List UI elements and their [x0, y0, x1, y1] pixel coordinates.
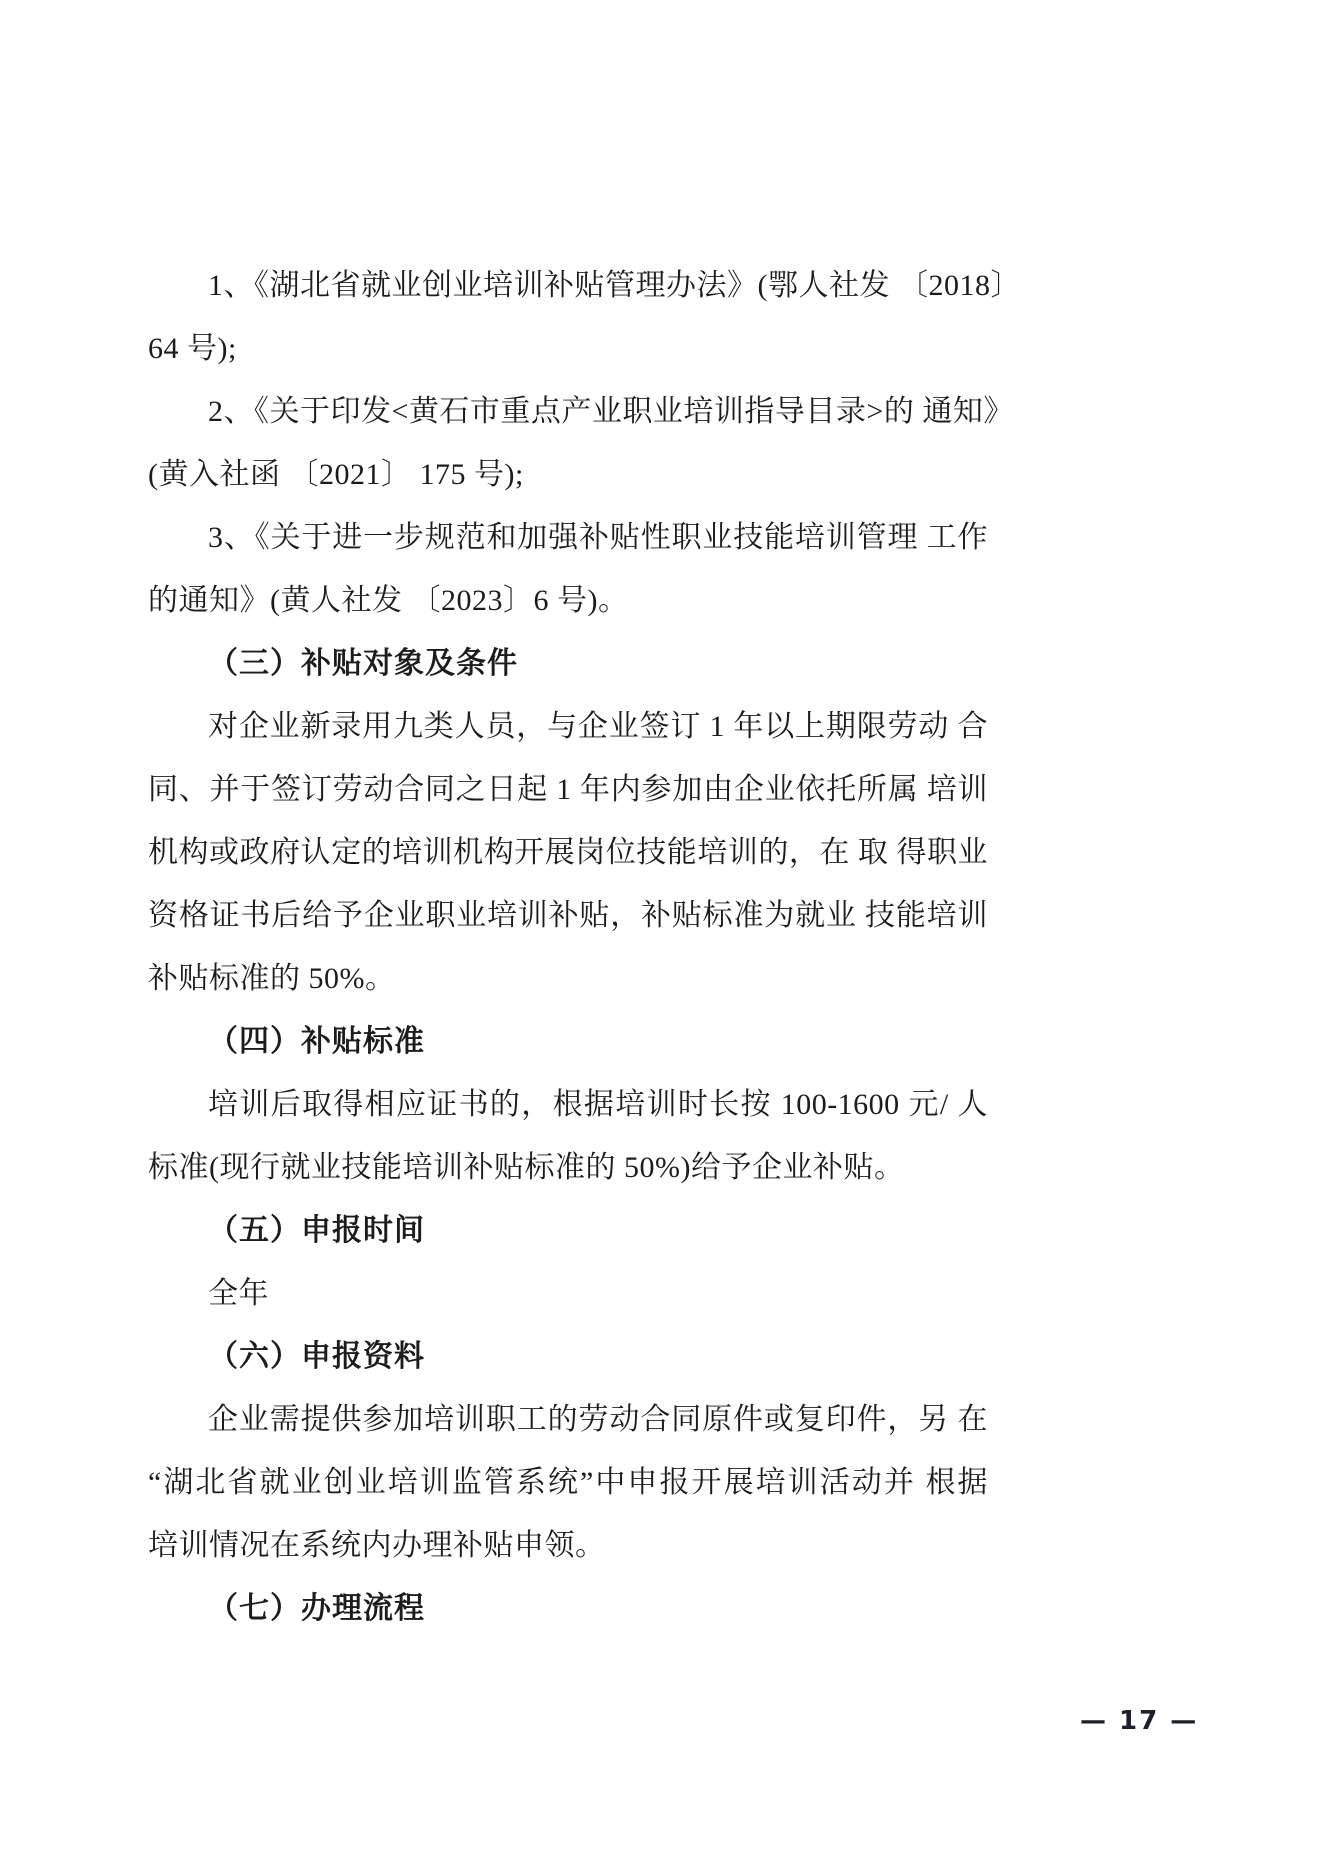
- section-heading: （六）申报资料: [148, 1325, 988, 1388]
- text-line: (黄入社函 〔2021〕 175 号);: [148, 443, 988, 506]
- text-line: 全年: [148, 1262, 988, 1325]
- text-line: 机构或政府认定的培训机构开展岗位技能培训的，在 取 得职业: [148, 821, 988, 884]
- page-number: — 17 —: [1080, 1706, 1198, 1736]
- text-line: 的通知》(黄人社发 〔2023〕6 号)。: [148, 569, 988, 632]
- section-heading: （三）补贴对象及条件: [148, 632, 988, 695]
- text-line: 对企业新录用九类人员，与企业签订 1 年以上期限劳动 合: [148, 695, 988, 758]
- text-line: 补贴标准的 50%。: [148, 947, 988, 1010]
- section-heading: （四）补贴标准: [148, 1010, 988, 1073]
- text-line: “湖北省就业创业培训监管系统”中申报开展培训活动并 根据: [148, 1451, 988, 1514]
- section-heading: （七）办理流程: [148, 1577, 988, 1640]
- text-line: 2、《关于印发<黄石市重点产业职业培训指导目录>的 通知》: [148, 380, 988, 443]
- text-line: 培训情况在系统内办理补贴申领。: [148, 1514, 988, 1577]
- text-line: 同、并于签订劳动合同之日起 1 年内参加由企业依托所属 培训: [148, 758, 988, 821]
- document-body: 1、《湖北省就业创业培训补贴管理办法》(鄂人社发 〔2018〕64 号);2、《…: [148, 254, 988, 1640]
- section-heading: （五）申报时间: [148, 1199, 988, 1262]
- text-line: 1、《湖北省就业创业培训补贴管理办法》(鄂人社发 〔2018〕: [148, 254, 988, 317]
- document-page: 1、《湖北省就业创业培训补贴管理办法》(鄂人社发 〔2018〕64 号);2、《…: [0, 0, 1323, 1871]
- text-line: 培训后取得相应证书的，根据培训时长按 100-1600 元/ 人: [148, 1073, 988, 1136]
- text-line: 64 号);: [148, 317, 988, 380]
- text-line: 标准(现行就业技能培训补贴标准的 50%)给予企业补贴。: [148, 1136, 988, 1199]
- text-line: 资格证书后给予企业职业培训补贴，补贴标准为就业 技能培训: [148, 884, 988, 947]
- text-line: 企业需提供参加培训职工的劳动合同原件或复印件，另 在: [148, 1388, 988, 1451]
- text-line: 3、《关于进一步规范和加强补贴性职业技能培训管理 工作: [148, 506, 988, 569]
